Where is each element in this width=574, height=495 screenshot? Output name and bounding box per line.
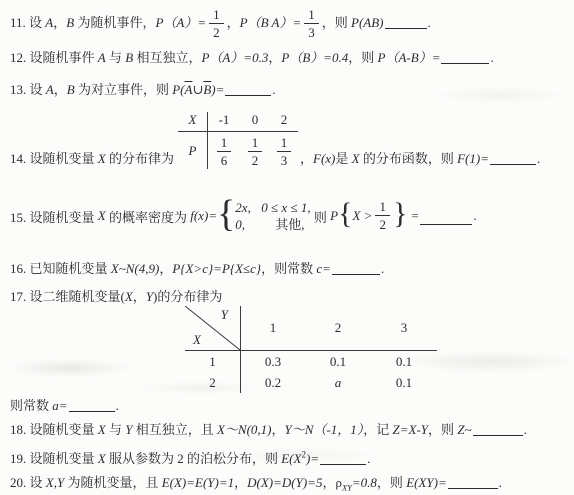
text-run: ，	[272, 422, 285, 437]
math-run: P	[330, 208, 338, 224]
text-run: .	[381, 261, 384, 276]
fraction-numerator: 1	[277, 135, 292, 152]
text-run: ，	[133, 289, 146, 304]
question-15: 15. 设随机变量 X 的概率密度为 f(x)={2x,0 ≤ x ≤ 1,0,…	[10, 196, 477, 236]
text-run: 13. 设	[10, 82, 46, 97]
math-run: P（A）=	[155, 15, 206, 30]
text-run: .	[367, 451, 370, 466]
math-run: )=	[211, 82, 224, 97]
fraction-numerator: 1	[304, 7, 319, 24]
text-run: ，则常数	[261, 261, 316, 276]
case-condition: 其他,	[261, 217, 310, 233]
case-expression: 2x,	[235, 200, 261, 216]
text-run: 的分布律为	[106, 151, 174, 166]
corner-var-X: X	[193, 332, 201, 348]
math-run: P（B）=0.4	[281, 50, 348, 65]
text-run: .	[537, 151, 540, 166]
col-header: 1	[241, 306, 305, 351]
row-label: 2	[185, 372, 241, 393]
fraction-denominator: 2	[375, 216, 390, 231]
text-run: 为随机变量，且	[64, 475, 162, 490]
text-run: .	[490, 50, 493, 65]
right-brace: }	[393, 194, 407, 234]
math-run: X,Y	[46, 475, 64, 490]
text-run: ，	[53, 15, 66, 30]
answer-blank	[473, 422, 523, 436]
question-19: 19. 设随机变量 X 服从参数为 2 的泊松分布，则 E(X2)=.	[10, 448, 370, 467]
text-run: 与	[106, 422, 126, 437]
text-run: .	[272, 82, 275, 97]
probability-cell: 16	[208, 132, 240, 169]
answer-blank	[320, 451, 366, 465]
text-run: ，则	[322, 15, 351, 30]
text-run: .	[116, 398, 119, 413]
answer-blank	[385, 15, 427, 29]
text-run: ，	[234, 475, 247, 490]
text-run: )的分布律为	[153, 289, 222, 304]
text-run: ，	[300, 151, 313, 166]
joint-distribution-table: Y X 1 2 3 1 0.3 0.1 0.1 2 0.2 a 0.1	[185, 306, 437, 393]
text-run: 服从参数为 2 的泊松分布，则	[106, 451, 282, 466]
answer-blank	[69, 398, 115, 412]
math-run: f(x)=	[190, 208, 217, 224]
text-run: 20. 设	[10, 475, 46, 490]
math-run: P（A）=0.3	[201, 50, 268, 65]
col-header: 3	[371, 306, 437, 351]
text-run: 18. 设随机变量	[10, 422, 98, 437]
fraction: 13	[304, 7, 319, 39]
table-row-label-X: X	[178, 112, 208, 132]
answer-blank	[225, 82, 271, 96]
math-run: E(X)=E(Y)=1	[162, 475, 234, 490]
math-run: Z~	[457, 422, 471, 437]
math-run: B	[66, 15, 74, 30]
text-run: 17. 设二维随机变量(	[10, 289, 125, 304]
question-17-continuation: 则常数 a=.	[10, 395, 119, 414]
probability-cell: 0.1	[371, 351, 437, 372]
text-run: 是	[335, 151, 351, 166]
text-run: .	[428, 15, 431, 30]
math-run: Y～N（-1，1）	[285, 422, 364, 437]
question-13: 13. 设 A，B 为对立事件，则 P(A∪B)=.	[10, 79, 276, 98]
math-run: Y	[146, 289, 153, 304]
subscript-XY: XY	[342, 483, 352, 493]
text-run: 相互独立，	[133, 50, 201, 65]
answer-blank	[441, 50, 489, 64]
math-run: X	[98, 451, 106, 466]
fraction-numerator: 1	[217, 135, 232, 152]
text-run: 15. 设随机变量	[10, 207, 98, 226]
math-run: X	[98, 208, 106, 224]
text-run: 为对立事件，则	[75, 82, 173, 97]
math-run: =0.8	[352, 475, 377, 490]
probability-cell: 0.1	[305, 351, 371, 372]
math-run: X	[98, 151, 106, 166]
math-run: Z=X-Y	[393, 422, 429, 437]
fraction-denominator: 3	[304, 24, 319, 39]
math-run: X	[125, 289, 133, 304]
probability-cell: 12	[240, 132, 270, 169]
math-run: A	[46, 82, 54, 97]
question-14: 14. 设随机变量 X 的分布律为X-102P161213，F(x)是 X 的分…	[10, 112, 540, 167]
fraction: 13	[277, 135, 292, 167]
table-corner-cell: Y X	[185, 306, 241, 351]
answer-blank	[420, 211, 472, 225]
fraction-numerator: 1	[209, 7, 224, 24]
text-run: ，	[227, 15, 240, 30]
cases-brace: {	[217, 194, 235, 234]
math-run: )=	[306, 451, 319, 466]
fraction: 12	[209, 7, 224, 39]
math-run: A	[98, 50, 106, 65]
row-label: 1	[185, 351, 241, 372]
text-run: .	[499, 475, 502, 490]
text-run: ，	[268, 50, 281, 65]
probability-cell: 0.2	[241, 372, 305, 393]
probability-cell: 0.3	[241, 351, 305, 372]
math-run: F(x)	[313, 151, 335, 166]
text-run: .	[473, 208, 476, 224]
text-run: 为随机事件，	[74, 15, 155, 30]
text-run: .	[524, 422, 527, 437]
math-run: E(X	[281, 451, 301, 466]
text-run: 则常数	[10, 398, 52, 413]
text-run: ，	[54, 82, 67, 97]
math-run: P（A-B）=	[378, 50, 441, 65]
text-run: 的分布函数，则	[360, 151, 458, 166]
fraction-denominator: 2	[209, 24, 224, 39]
text-run: ，则	[377, 475, 406, 490]
math-run: F(1)=	[457, 151, 489, 166]
math-run: X	[98, 422, 106, 437]
fraction-numerator: 1	[248, 135, 263, 152]
text-run: 14. 设随机变量	[10, 151, 98, 166]
text-run: 16. 已知随机变量	[10, 261, 111, 276]
probability-cell-unknown-a: a	[305, 372, 371, 393]
text-run: ，	[159, 261, 172, 276]
exam-worksheet-page: 11. 设 A，B 为随机事件，P（A）=12，P（B A）=13，则 P(AB…	[0, 0, 574, 495]
corner-var-Y: Y	[221, 307, 228, 323]
text-run: 相互独立，且	[132, 422, 217, 437]
math-run: X～N(0,1)	[217, 422, 272, 437]
case-expression: 0,	[235, 217, 261, 233]
text-run: 的概率密度为	[106, 207, 191, 226]
text-run: ，记	[363, 422, 392, 437]
col-header: 2	[305, 306, 371, 351]
distribution-table: X-102P161213	[178, 112, 298, 169]
probability-cell: 13	[270, 132, 298, 169]
math-run: X~N(4,9)	[111, 261, 160, 276]
math-run: P(AB)	[351, 15, 383, 30]
x-value: 0	[240, 112, 270, 132]
fraction: 16	[217, 135, 232, 167]
text-run: 11. 设	[10, 15, 45, 30]
fraction-numerator: 1	[375, 199, 390, 216]
fraction: 12	[375, 199, 390, 231]
math-run: B	[125, 50, 133, 65]
fraction-denominator: 2	[248, 152, 263, 167]
answer-blank	[332, 261, 380, 275]
union-symbol: ∪	[192, 82, 203, 97]
text-run: ，则	[428, 422, 457, 437]
math-run: E(XY)=	[406, 475, 447, 490]
text-run: 12. 设随机事件	[10, 50, 98, 65]
math-run: X	[352, 151, 360, 166]
math-run: B	[67, 82, 75, 97]
x-value: -1	[208, 112, 240, 132]
answer-blank	[448, 475, 498, 489]
question-17: 17. 设二维随机变量(X，Y)的分布律为	[10, 286, 222, 305]
text-run: 19. 设随机变量	[10, 451, 98, 466]
table-row-label-P: P	[178, 132, 208, 169]
question-20: 20. 设 X,Y 为随机变量，且 E(X)=E(Y)=1，D(X)=D(Y)=…	[10, 472, 502, 493]
answer-blank	[490, 151, 536, 165]
x-value: 2	[270, 112, 298, 132]
math-run: P{X>c}=P{X≤c}	[172, 261, 261, 276]
math-run: D(X)=D(Y)=5	[247, 475, 322, 490]
text-run: 则	[311, 207, 331, 226]
question-18: 18. 设随机变量 X 与 Y 相互独立，且 X～N(0,1)，Y～N（-1，1…	[10, 419, 527, 438]
probability-cell: 0.1	[371, 372, 437, 393]
case-condition: 0 ≤ x ≤ 1,	[261, 200, 310, 216]
left-brace: {	[338, 194, 352, 234]
text-run: ，	[322, 475, 335, 490]
math-run: P(	[172, 82, 184, 97]
question-16: 16. 已知随机变量 X~N(4,9)，P{X>c}=P{X≤c}，则常数 c=…	[10, 258, 384, 277]
math-run: c=	[316, 261, 331, 276]
text-run: 与	[106, 50, 126, 65]
question-11: 11. 设 A，B 为随机事件，P（A）=12，P（B A）=13，则 P(AB…	[10, 8, 431, 40]
text-run: ，则	[348, 50, 377, 65]
question-12: 12. 设随机事件 A 与 B 相互独立，P（A）=0.3，P（B）=0.4，则…	[10, 47, 494, 66]
math-run: a=	[52, 398, 67, 413]
fraction-denominator: 6	[217, 152, 232, 167]
math-run: X >	[352, 208, 372, 224]
piecewise-cases: 2x,0 ≤ x ≤ 1,0,其他,	[235, 200, 310, 232]
fraction-denominator: 3	[277, 152, 292, 167]
fraction: 12	[248, 135, 263, 167]
math-run: =	[407, 208, 419, 224]
math-run: P（B A）=	[240, 15, 302, 30]
